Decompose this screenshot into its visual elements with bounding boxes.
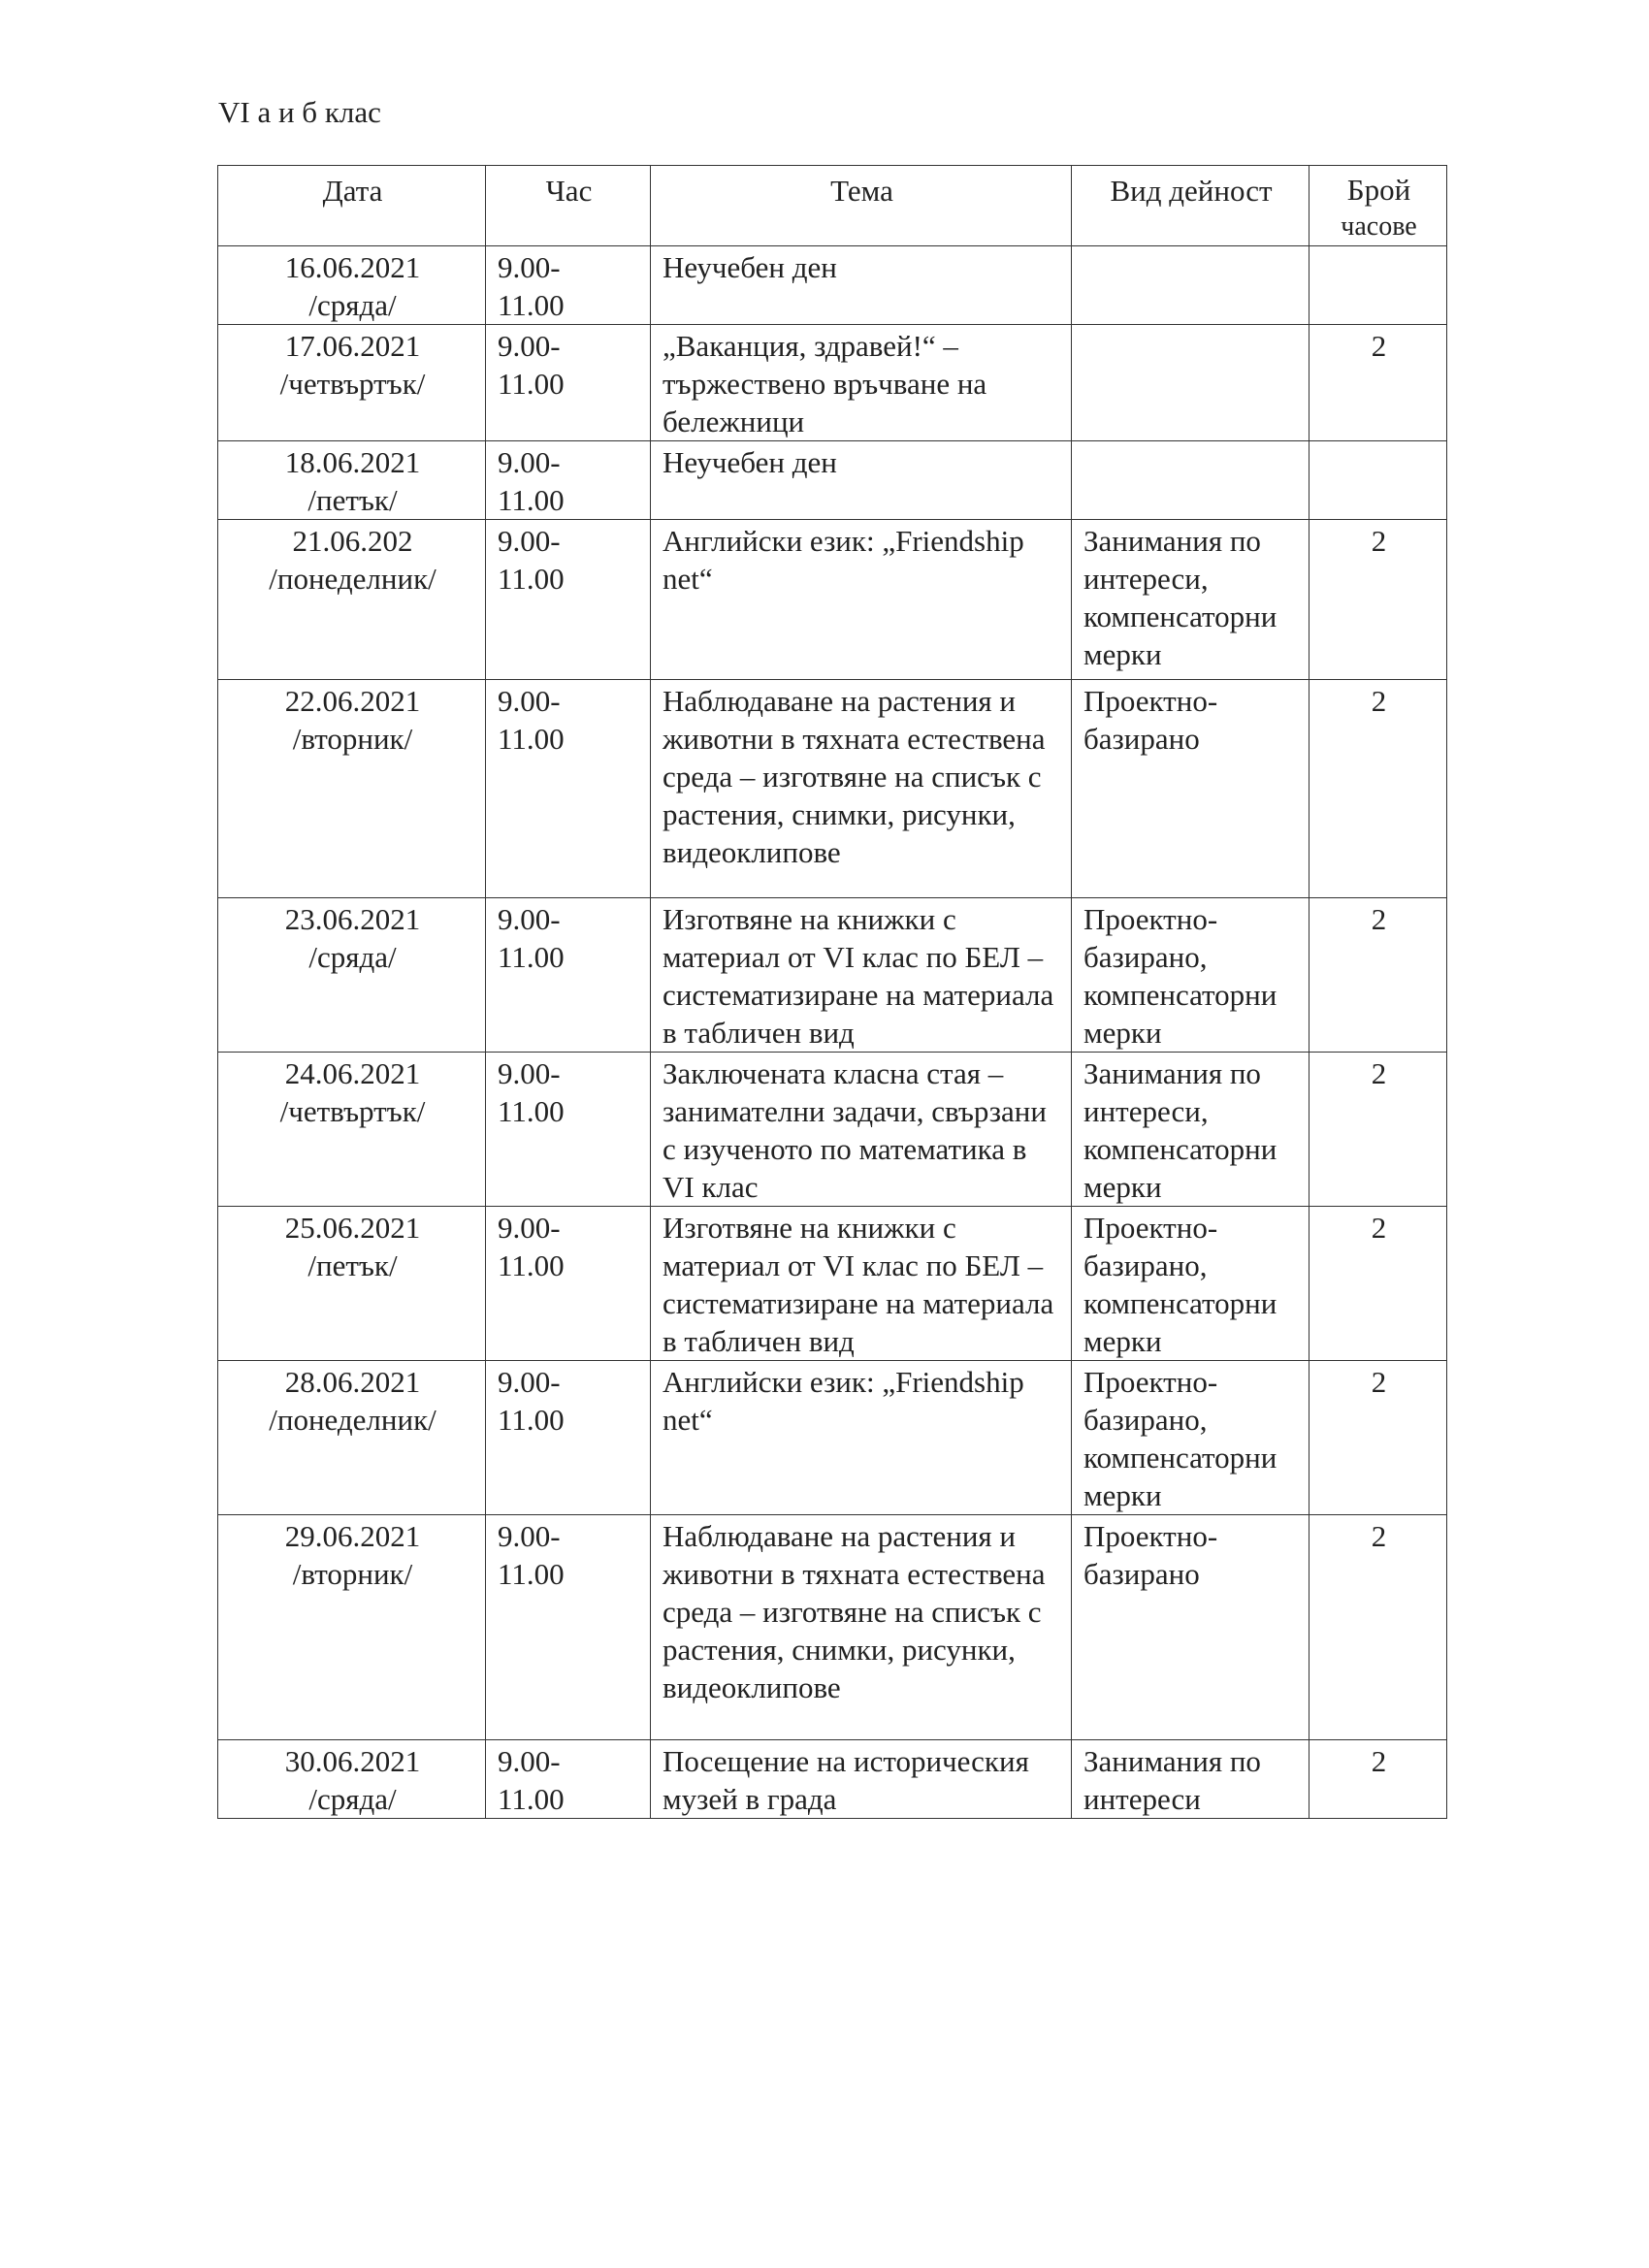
time-from: 9.00-: [498, 248, 640, 286]
table-row: 17.06.2021 /четвъртък/ 9.00- 11.00 „Вака…: [218, 325, 1447, 441]
cell-topic: Изготвяне на книжки с материал от VI кла…: [651, 898, 1072, 1053]
cell-topic: Заключената класна стая – занимателни за…: [651, 1053, 1072, 1207]
cell-activity-type: Проектно-базирано: [1072, 1515, 1309, 1740]
cell-topic: „Ваканция, здравей!“ – тържествено връчв…: [651, 325, 1072, 441]
cell-time: 9.00- 11.00: [486, 1207, 651, 1361]
time-to: 11.00: [498, 1247, 640, 1284]
time-from: 9.00-: [498, 327, 640, 365]
cell-date: 17.06.2021 /четвъртък/: [218, 325, 486, 441]
time-to: 11.00: [498, 1092, 640, 1130]
cell-time: 9.00- 11.00: [486, 1053, 651, 1207]
table-row: 28.06.2021 /понеделник/ 9.00- 11.00 Англ…: [218, 1361, 1447, 1515]
cell-time: 9.00- 11.00: [486, 325, 651, 441]
table-row: 22.06.2021 /вторник/ 9.00- 11.00 Наблюда…: [218, 680, 1447, 898]
time-to: 11.00: [498, 286, 640, 324]
time-from: 9.00-: [498, 1517, 640, 1555]
cell-time: 9.00- 11.00: [486, 441, 651, 520]
cell-date: 25.06.2021 /петък/: [218, 1207, 486, 1361]
cell-hours: 2: [1309, 898, 1447, 1053]
cell-activity-type: Занимания по интереси, компенсаторни мер…: [1072, 520, 1309, 680]
date-text: 23.06.2021: [230, 900, 475, 938]
time-from: 9.00-: [498, 682, 640, 720]
cell-hours: 2: [1309, 325, 1447, 441]
table-row: 30.06.2021 /сряда/ 9.00- 11.00 Посещение…: [218, 1740, 1447, 1819]
weekday-text: /петък/: [230, 481, 475, 519]
cell-time: 9.00- 11.00: [486, 898, 651, 1053]
weekday-text: /четвъртък/: [230, 1092, 475, 1130]
time-from: 9.00-: [498, 900, 640, 938]
date-text: 25.06.2021: [230, 1209, 475, 1247]
table-row: 29.06.2021 /вторник/ 9.00- 11.00 Наблюда…: [218, 1515, 1447, 1740]
time-to: 11.00: [498, 481, 640, 519]
cell-hours: 2: [1309, 520, 1447, 680]
weekday-text: /понеделник/: [230, 1401, 475, 1439]
time-to: 11.00: [498, 720, 640, 758]
cell-date: 16.06.2021 /сряда/: [218, 246, 486, 325]
date-text: 30.06.2021: [230, 1742, 475, 1780]
cell-topic: Наблюдаване на растения и животни в тяхн…: [651, 680, 1072, 898]
cell-time: 9.00- 11.00: [486, 1515, 651, 1740]
time-from: 9.00-: [498, 1054, 640, 1092]
header-hours: Брой часове: [1309, 166, 1447, 246]
cell-activity-type: Проектно-базирано, компенсаторни мерки: [1072, 898, 1309, 1053]
cell-hours: 2: [1309, 1740, 1447, 1819]
date-text: 18.06.2021: [230, 443, 475, 481]
schedule-table: Дата Час Тема Вид дейност Брой часове 16…: [217, 165, 1447, 1819]
cell-hours: 2: [1309, 1207, 1447, 1361]
header-hours-line2: часове: [1321, 209, 1437, 245]
table-row: 23.06.2021 /сряда/ 9.00- 11.00 Изготвяне…: [218, 898, 1447, 1053]
cell-date: 21.06.202 /понеделник/: [218, 520, 486, 680]
weekday-text: /понеделник/: [230, 560, 475, 598]
date-text: 28.06.2021: [230, 1363, 475, 1401]
time-to: 11.00: [498, 560, 640, 598]
cell-activity-type: Занимания по интереси, компенсаторни мер…: [1072, 1053, 1309, 1207]
weekday-text: /четвъртък/: [230, 365, 475, 403]
time-to: 11.00: [498, 365, 640, 403]
weekday-text: /вторник/: [230, 1555, 475, 1593]
cell-hours: 2: [1309, 1515, 1447, 1740]
cell-time: 9.00- 11.00: [486, 1361, 651, 1515]
cell-activity-type: [1072, 441, 1309, 520]
cell-hours: 2: [1309, 1361, 1447, 1515]
cell-topic: Неучебен ден: [651, 441, 1072, 520]
cell-date: 18.06.2021 /петък/: [218, 441, 486, 520]
cell-time: 9.00- 11.00: [486, 246, 651, 325]
cell-activity-type: Проектно-базирано, компенсаторни мерки: [1072, 1361, 1309, 1515]
table-header-row: Дата Час Тема Вид дейност Брой часове: [218, 166, 1447, 246]
time-to: 11.00: [498, 938, 640, 976]
cell-hours: 2: [1309, 680, 1447, 898]
cell-date: 24.06.2021 /четвъртък/: [218, 1053, 486, 1207]
date-text: 17.06.2021: [230, 327, 475, 365]
cell-time: 9.00- 11.00: [486, 1740, 651, 1819]
cell-hours: [1309, 246, 1447, 325]
header-activity-type: Вид дейност: [1072, 166, 1309, 246]
cell-activity-type: [1072, 246, 1309, 325]
weekday-text: /сряда/: [230, 286, 475, 324]
weekday-text: /сряда/: [230, 938, 475, 976]
cell-date: 29.06.2021 /вторник/: [218, 1515, 486, 1740]
time-from: 9.00-: [498, 1209, 640, 1247]
header-topic: Тема: [651, 166, 1072, 246]
cell-time: 9.00- 11.00: [486, 520, 651, 680]
table-row: 16.06.2021 /сряда/ 9.00- 11.00 Неучебен …: [218, 246, 1447, 325]
table-row: 24.06.2021 /четвъртък/ 9.00- 11.00 Заклю…: [218, 1053, 1447, 1207]
time-from: 9.00-: [498, 522, 640, 560]
cell-activity-type: Проектно-базирано, компенсаторни мерки: [1072, 1207, 1309, 1361]
time-to: 11.00: [498, 1555, 640, 1593]
table-row: 21.06.202 /понеделник/ 9.00- 11.00 Англи…: [218, 520, 1447, 680]
header-date: Дата: [218, 166, 486, 246]
cell-topic: Посещение на историческия музей в града: [651, 1740, 1072, 1819]
time-from: 9.00-: [498, 443, 640, 481]
time-to: 11.00: [498, 1401, 640, 1439]
cell-topic: Английски език: „Friendship net“: [651, 1361, 1072, 1515]
time-to: 11.00: [498, 1780, 640, 1818]
table-row: 18.06.2021 /петък/ 9.00- 11.00 Неучебен …: [218, 441, 1447, 520]
cell-hours: [1309, 441, 1447, 520]
header-time: Час: [486, 166, 651, 246]
date-text: 21.06.202: [230, 522, 475, 560]
weekday-text: /сряда/: [230, 1780, 475, 1818]
document-title: VI а и б клас: [218, 95, 381, 130]
cell-date: 30.06.2021 /сряда/: [218, 1740, 486, 1819]
cell-topic: Наблюдаване на растения и животни в тяхн…: [651, 1515, 1072, 1740]
cell-date: 28.06.2021 /понеделник/: [218, 1361, 486, 1515]
cell-date: 23.06.2021 /сряда/: [218, 898, 486, 1053]
date-text: 24.06.2021: [230, 1054, 475, 1092]
cell-hours: 2: [1309, 1053, 1447, 1207]
cell-time: 9.00- 11.00: [486, 680, 651, 898]
table-row: 25.06.2021 /петък/ 9.00- 11.00 Изготвяне…: [218, 1207, 1447, 1361]
cell-topic: Неучебен ден: [651, 246, 1072, 325]
time-from: 9.00-: [498, 1742, 640, 1780]
time-from: 9.00-: [498, 1363, 640, 1401]
cell-topic: Изготвяне на книжки с материал от VI кла…: [651, 1207, 1072, 1361]
cell-activity-type: Проектно-базирано: [1072, 680, 1309, 898]
weekday-text: /петък/: [230, 1247, 475, 1284]
date-text: 29.06.2021: [230, 1517, 475, 1555]
header-hours-line1: Брой: [1321, 172, 1437, 209]
cell-date: 22.06.2021 /вторник/: [218, 680, 486, 898]
cell-topic: Английски език: „Friendship net“: [651, 520, 1072, 680]
weekday-text: /вторник/: [230, 720, 475, 758]
date-text: 22.06.2021: [230, 682, 475, 720]
cell-activity-type: [1072, 325, 1309, 441]
date-text: 16.06.2021: [230, 248, 475, 286]
cell-activity-type: Занимания по интереси: [1072, 1740, 1309, 1819]
